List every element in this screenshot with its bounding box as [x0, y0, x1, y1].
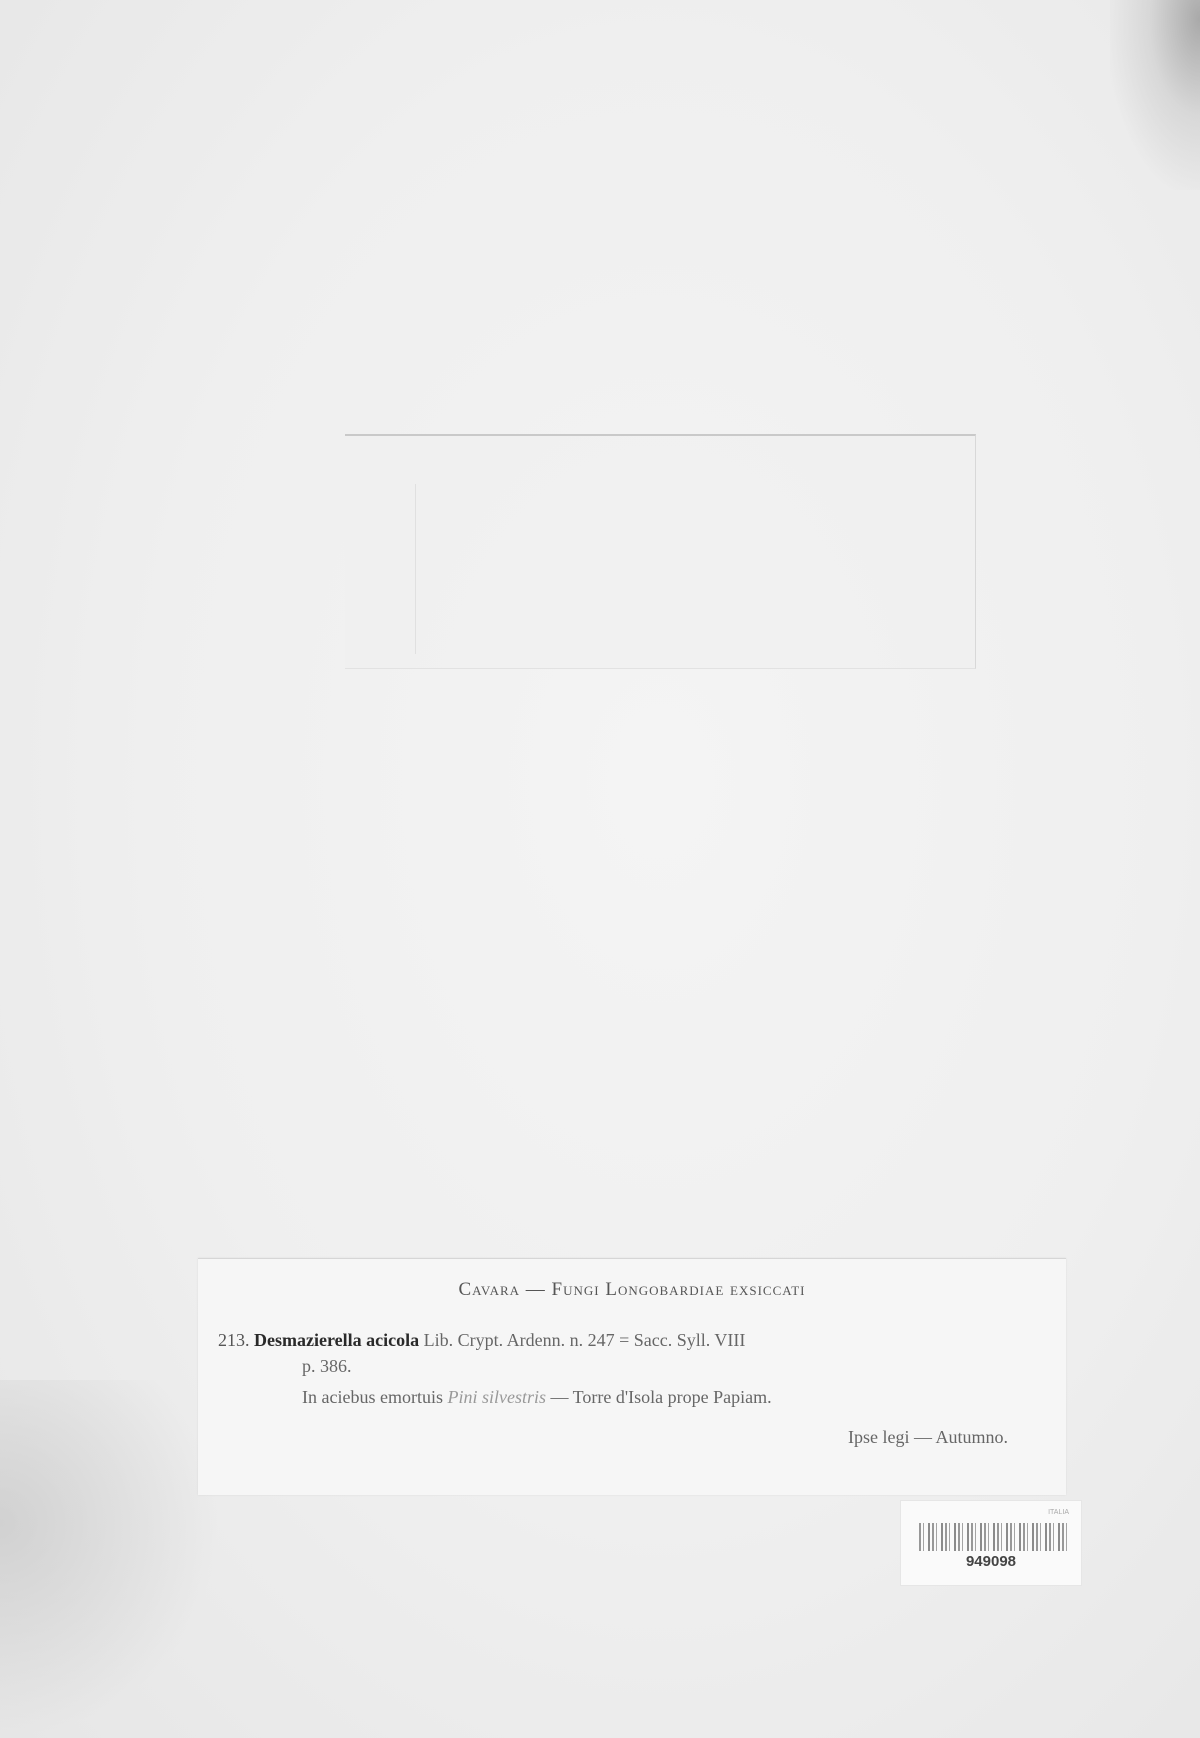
label-entry: 213. Desmazierella acicola Lib. Crypt. A… [218, 1327, 1046, 1379]
herbarium-label: Cavara — Fungi Longobardiae exsiccati 21… [198, 1258, 1066, 1495]
locality: — Torre d'Isola prope Papiam. [550, 1387, 771, 1407]
packet-inner-outline [415, 484, 956, 654]
habitat-prefix: In aciebus emortuis [302, 1387, 443, 1407]
barcode-label: ITALIA 949098 [900, 1500, 1082, 1586]
specimen-packet [345, 434, 976, 669]
corner-stain [1110, 0, 1200, 190]
exsiccata-number: 213. [218, 1330, 250, 1350]
collector-line: Ipse legi — Autumno. [848, 1427, 1008, 1448]
host-name: Pini silvestris [447, 1387, 546, 1407]
citation: Lib. Crypt. Ardenn. n. 247 = Sacc. Syll.… [424, 1330, 746, 1350]
barcode-number: 949098 [901, 1553, 1081, 1570]
species-name: Desmazierella acicola [254, 1330, 419, 1350]
citation-continued: p. 386. [218, 1353, 1046, 1379]
label-header: Cavara — Fungi Longobardiae exsiccati [198, 1279, 1066, 1301]
barcode-small-text: ITALIA [1048, 1509, 1069, 1516]
paper-shade [0, 1380, 220, 1738]
barcode-icon [919, 1523, 1069, 1551]
habitat-line: In aciebus emortuis Pini silvestris — To… [302, 1387, 772, 1408]
